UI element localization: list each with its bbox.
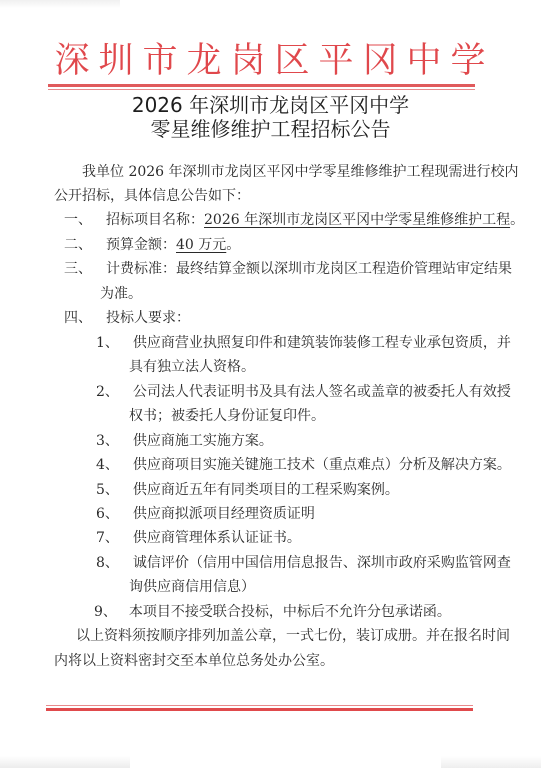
document-title: 2026 年深圳市龙岗区平冈中学 零星维修维护工程招标公告 — [0, 93, 541, 141]
section-marker: 三、 — [64, 261, 92, 277]
section-3: 三、计费标准：最终结算金额以深圳市龙岗区工程造价管理站审定结果 — [64, 257, 512, 281]
section-2: 二、预算金额：40 万元。 — [64, 233, 240, 257]
requirement-2: 2、公司法人代表证明书及具有法人签名或盖章的被委托人有效授 — [96, 380, 511, 404]
requirement-text: 供应商近五年有同类项目的工程采购案例。 — [133, 482, 399, 498]
title-line-2: 零星维修维护工程招标公告 — [0, 117, 541, 141]
requirement-marker: 4、 — [96, 457, 119, 473]
section-marker: 一、 — [64, 212, 92, 228]
intro-line-1: 我单位 2026 年深圳市龙岗区平冈中学零星维修维护工程现需进行校内 — [82, 160, 519, 184]
requirement-7: 7、供应商管理体系认证证书。 — [96, 526, 301, 550]
requirement-text: 供应商施工实施方案。 — [133, 433, 273, 449]
requirement-5: 5、供应商近五年有同类项目的工程采购案例。 — [96, 478, 399, 502]
punctuation: 。 — [226, 237, 240, 253]
scan-edge-shadow — [0, 0, 120, 8]
requirement-marker: 1、 — [96, 335, 119, 351]
closing-line-2: 内将以上资料密封交至本单位总务处办公室。 — [54, 649, 334, 673]
requirement-2-continuation: 权书；被委托人身份证复印件。 — [129, 404, 325, 428]
section-marker: 四、 — [64, 310, 92, 326]
requirement-marker: 2、 — [96, 384, 119, 400]
letterhead-divider-thick — [48, 84, 475, 87]
requirement-marker: 9、 — [94, 604, 117, 620]
requirement-marker: 3、 — [96, 433, 119, 449]
requirement-marker: 7、 — [96, 530, 119, 546]
section-label: 投标人要求： — [106, 310, 190, 326]
requirement-8: 8、诚信评价（信用中国信用信息报告、深圳市政府采购监管网查 — [96, 551, 511, 575]
requirement-text: 诚信评价（信用中国信用信息报告、深圳市政府采购监管网查 — [133, 555, 511, 571]
section-label: 招标项目名称： — [106, 212, 204, 228]
scan-edge-shadow — [0, 756, 130, 768]
requirement-8-continuation: 询供应商信用信息） — [129, 575, 255, 599]
requirement-1-continuation: 具有独立法人资格。 — [129, 355, 255, 379]
intro-line-2: 公开招标，具体信息公告如下： — [54, 184, 250, 208]
requirement-9: 9、本项目不接受联合投标，中标后不允许分包承诺函。 — [94, 600, 451, 624]
requirement-4: 4、供应商项目实施关键施工技术（重点难点）分析及解决方案。 — [96, 453, 511, 477]
requirement-text: 公司法人代表证明书及具有法人签名或盖章的被委托人有效授 — [133, 384, 511, 400]
requirement-text: 供应商管理体系认证证书。 — [133, 530, 301, 546]
scan-edge-shadow — [441, 756, 541, 768]
title-line-1: 2026 年深圳市龙岗区平冈中学 — [0, 93, 541, 117]
closing-line-1: 以上资料须按顺序排列加盖公章，一式七份，装订成册。并在报名时间 — [76, 624, 510, 648]
requirement-marker: 5、 — [96, 482, 119, 498]
section-1: 一、招标项目名称：2026 年深圳市龙岗区平冈中学零星维修维护工程。 — [64, 208, 524, 232]
requirement-marker: 8、 — [96, 555, 119, 571]
section-marker: 二、 — [64, 237, 92, 253]
budget-value: 40 万元 — [176, 237, 226, 253]
section-label: 预算金额： — [106, 237, 176, 253]
section-3-continuation: 为准。 — [100, 282, 142, 306]
footer-divider-thin — [46, 705, 473, 706]
section-text: 计费标准：最终结算金额以深圳市龙岗区工程造价管理站审定结果 — [106, 261, 512, 277]
requirement-text: 本项目不接受联合投标，中标后不允许分包承诺函。 — [129, 604, 451, 620]
requirement-text: 供应商拟派项目经理资质证明 — [133, 506, 315, 522]
requirement-6: 6、供应商拟派项目经理资质证明 — [96, 502, 315, 526]
requirement-text: 供应商项目实施关键施工技术（重点难点）分析及解决方案。 — [133, 457, 511, 473]
letterhead-org-name: 深圳市龙岗区平冈中学 — [0, 40, 541, 82]
footer-divider-thick — [46, 708, 473, 711]
project-name-value: 2026 年深圳市龙岗区平冈中学零星维修维护工程 — [204, 212, 510, 228]
requirement-text: 供应商营业执照复印件和建筑装饰装修工程专业承包资质，并 — [133, 335, 511, 351]
punctuation: 。 — [510, 212, 524, 228]
section-4: 四、投标人要求： — [64, 306, 190, 330]
requirement-marker: 6、 — [96, 506, 119, 522]
letterhead-divider-thin — [48, 89, 475, 90]
requirement-3: 3、供应商施工实施方案。 — [96, 429, 273, 453]
requirement-1: 1、供应商营业执照复印件和建筑装饰装修工程专业承包资质，并 — [96, 331, 511, 355]
